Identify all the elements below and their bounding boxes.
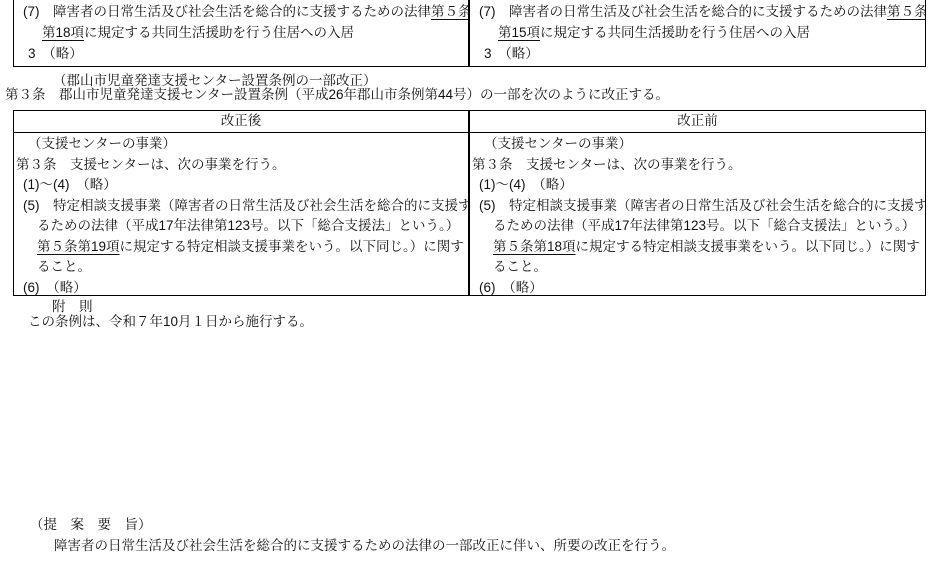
text-line: 3 （略） [470, 43, 925, 64]
table-body-row: （支援センターの事業）第３条 支援センターは、次の事業を行う。(1)～(4) （… [14, 132, 925, 295]
text-line: るための法律（平成17年法律第123号。以下「総合支援法」という。） [14, 216, 468, 237]
comparison-table: 改正後 改正前 （支援センターの事業）第３条 支援センターは、次の事業を行う。(… [13, 110, 926, 296]
text-line: 第18項に規定する共同生活援助を行う住居への入居 [14, 22, 468, 43]
supplementary-provisions-heading: 附 則 [52, 300, 93, 314]
document-page: (7) 障害者の日常生活及び社会生活を総合的に支援するための法律第５条第18項に… [0, 0, 936, 584]
text-line: 3 （略） [14, 43, 468, 64]
enforcement-date-sentence: この条例は、令和７年10月１日から施行する。 [28, 315, 313, 329]
text-line: るための法律（平成17年法律第123号。以下「総合支援法」という。） [470, 216, 925, 237]
text-line: (5) 特定相談支援事業（障害者の日常生活及び社会生活を総合的に支援す [470, 196, 925, 217]
text-line: 第５条第18項に規定する特定相談支援事業をいう。以下同じ。）に関す [470, 237, 925, 258]
text-line: (7) 障害者の日常生活及び社会生活を総合的に支援するための法律第５条 [470, 1, 925, 22]
article3-caption: （郡山市児童発達支援センター設置条例の一部改正） [53, 74, 376, 88]
text-segment: (1)～(4) （略） [23, 177, 117, 192]
text-segment: に規定する共同生活援助を行う住居への入居 [540, 25, 810, 40]
text-segment: 第３条 支援センターは、次の事業を行う。 [472, 157, 741, 172]
text-line: (6) （略） [470, 278, 925, 296]
table-header-row: 改正後 改正前 [14, 111, 925, 133]
underlined-amendment-text: 第５条 [887, 4, 925, 19]
text-segment: に規定する特定相談支援事業をいう。以下同じ。）に関す [120, 239, 464, 254]
text-line: (5) 特定相談支援事業（障害者の日常生活及び社会生活を総合的に支援す [14, 196, 468, 217]
text-segment: ること。 [493, 259, 547, 274]
text-segment: (7) 障害者の日常生活及び社会生活を総合的に支援するための法律 [479, 4, 887, 19]
amended-after-cell: (7) 障害者の日常生活及び社会生活を総合的に支援するための法律第５条第18項に… [14, 0, 468, 66]
comparison-table-partial: (7) 障害者の日常生活及び社会生活を総合的に支援するための法律第５条第18項に… [13, 0, 926, 67]
article3-lead-sentence: 第３条 郡山市児童発達支援センター設置条例（平成26年郡山市条例第44号）の一部… [5, 88, 669, 102]
underlined-amendment-text: 第５条 [431, 4, 468, 19]
underlined-amendment-text: 第５条第19項 [37, 239, 120, 254]
text-line: ること。 [470, 257, 925, 278]
amended-before-cell: (7) 障害者の日常生活及び社会生活を総合的に支援するための法律第５条第15項に… [470, 0, 925, 66]
text-segment: 3 （略） [28, 46, 83, 61]
text-segment: (5) 特定相談支援事業（障害者の日常生活及び社会生活を総合的に支援す [23, 198, 468, 213]
amended-after-cell: （支援センターの事業）第３条 支援センターは、次の事業を行う。(1)～(4) （… [14, 132, 468, 295]
text-segment: ること。 [37, 259, 91, 274]
amended-before-cell: （支援センターの事業）第３条 支援センターは、次の事業を行う。(1)～(4) （… [470, 132, 925, 295]
text-line: ること。 [14, 257, 468, 278]
text-segment: に規定する特定相談支援事業をいう。以下同じ。）に関す [576, 239, 920, 254]
text-segment: 第３条 支援センターは、次の事業を行う。 [16, 157, 285, 172]
underlined-amendment-text: 第18項 [42, 25, 84, 40]
text-line: (1)～(4) （略） [470, 175, 925, 196]
text-segment: (5) 特定相談支援事業（障害者の日常生活及び社会生活を総合的に支援す [479, 198, 925, 213]
text-line: (1)～(4) （略） [14, 175, 468, 196]
header-after-amendment: 改正後 [14, 111, 468, 132]
text-line: （支援センターの事業） [470, 134, 925, 155]
proposal-summary-body: 障害者の日常生活及び社会生活を総合的に支援するための法律の一部改正に伴い、所要の… [54, 539, 675, 553]
text-line: 第５条第19項に規定する特定相談支援事業をいう。以下同じ。）に関す [14, 237, 468, 258]
underlined-amendment-text: 第15項 [498, 25, 540, 40]
header-before-amendment: 改正前 [470, 111, 925, 132]
proposal-summary-heading: （提 案 要 旨） [30, 518, 152, 532]
text-segment: (7) 障害者の日常生活及び社会生活を総合的に支援するための法律 [23, 4, 431, 19]
text-line: (6) （略） [14, 278, 468, 296]
text-segment: （支援センターの事業） [484, 136, 632, 151]
text-segment: (6) （略） [23, 280, 87, 295]
column-divider [468, 111, 470, 295]
text-line: (7) 障害者の日常生活及び社会生活を総合的に支援するための法律第５条 [14, 1, 468, 22]
text-line: （支援センターの事業） [14, 134, 468, 155]
text-line: 第15項に規定する共同生活援助を行う住居への入居 [470, 22, 925, 43]
text-line: 第３条 支援センターは、次の事業を行う。 [14, 155, 468, 176]
underlined-amendment-text: 第５条第18項 [493, 239, 576, 254]
text-line: 第３条 支援センターは、次の事業を行う。 [470, 155, 925, 176]
text-segment: に規定する共同生活援助を行う住居への入居 [84, 25, 354, 40]
text-segment: （支援センターの事業） [28, 136, 176, 151]
text-segment: (6) （略） [479, 280, 543, 295]
text-segment: るための法律（平成17年法律第123号。以下「総合支援法」という。） [37, 218, 459, 233]
text-segment: 3 （略） [484, 46, 539, 61]
text-segment: (1)～(4) （略） [479, 177, 573, 192]
text-segment: るための法律（平成17年法律第123号。以下「総合支援法」という。） [493, 218, 915, 233]
